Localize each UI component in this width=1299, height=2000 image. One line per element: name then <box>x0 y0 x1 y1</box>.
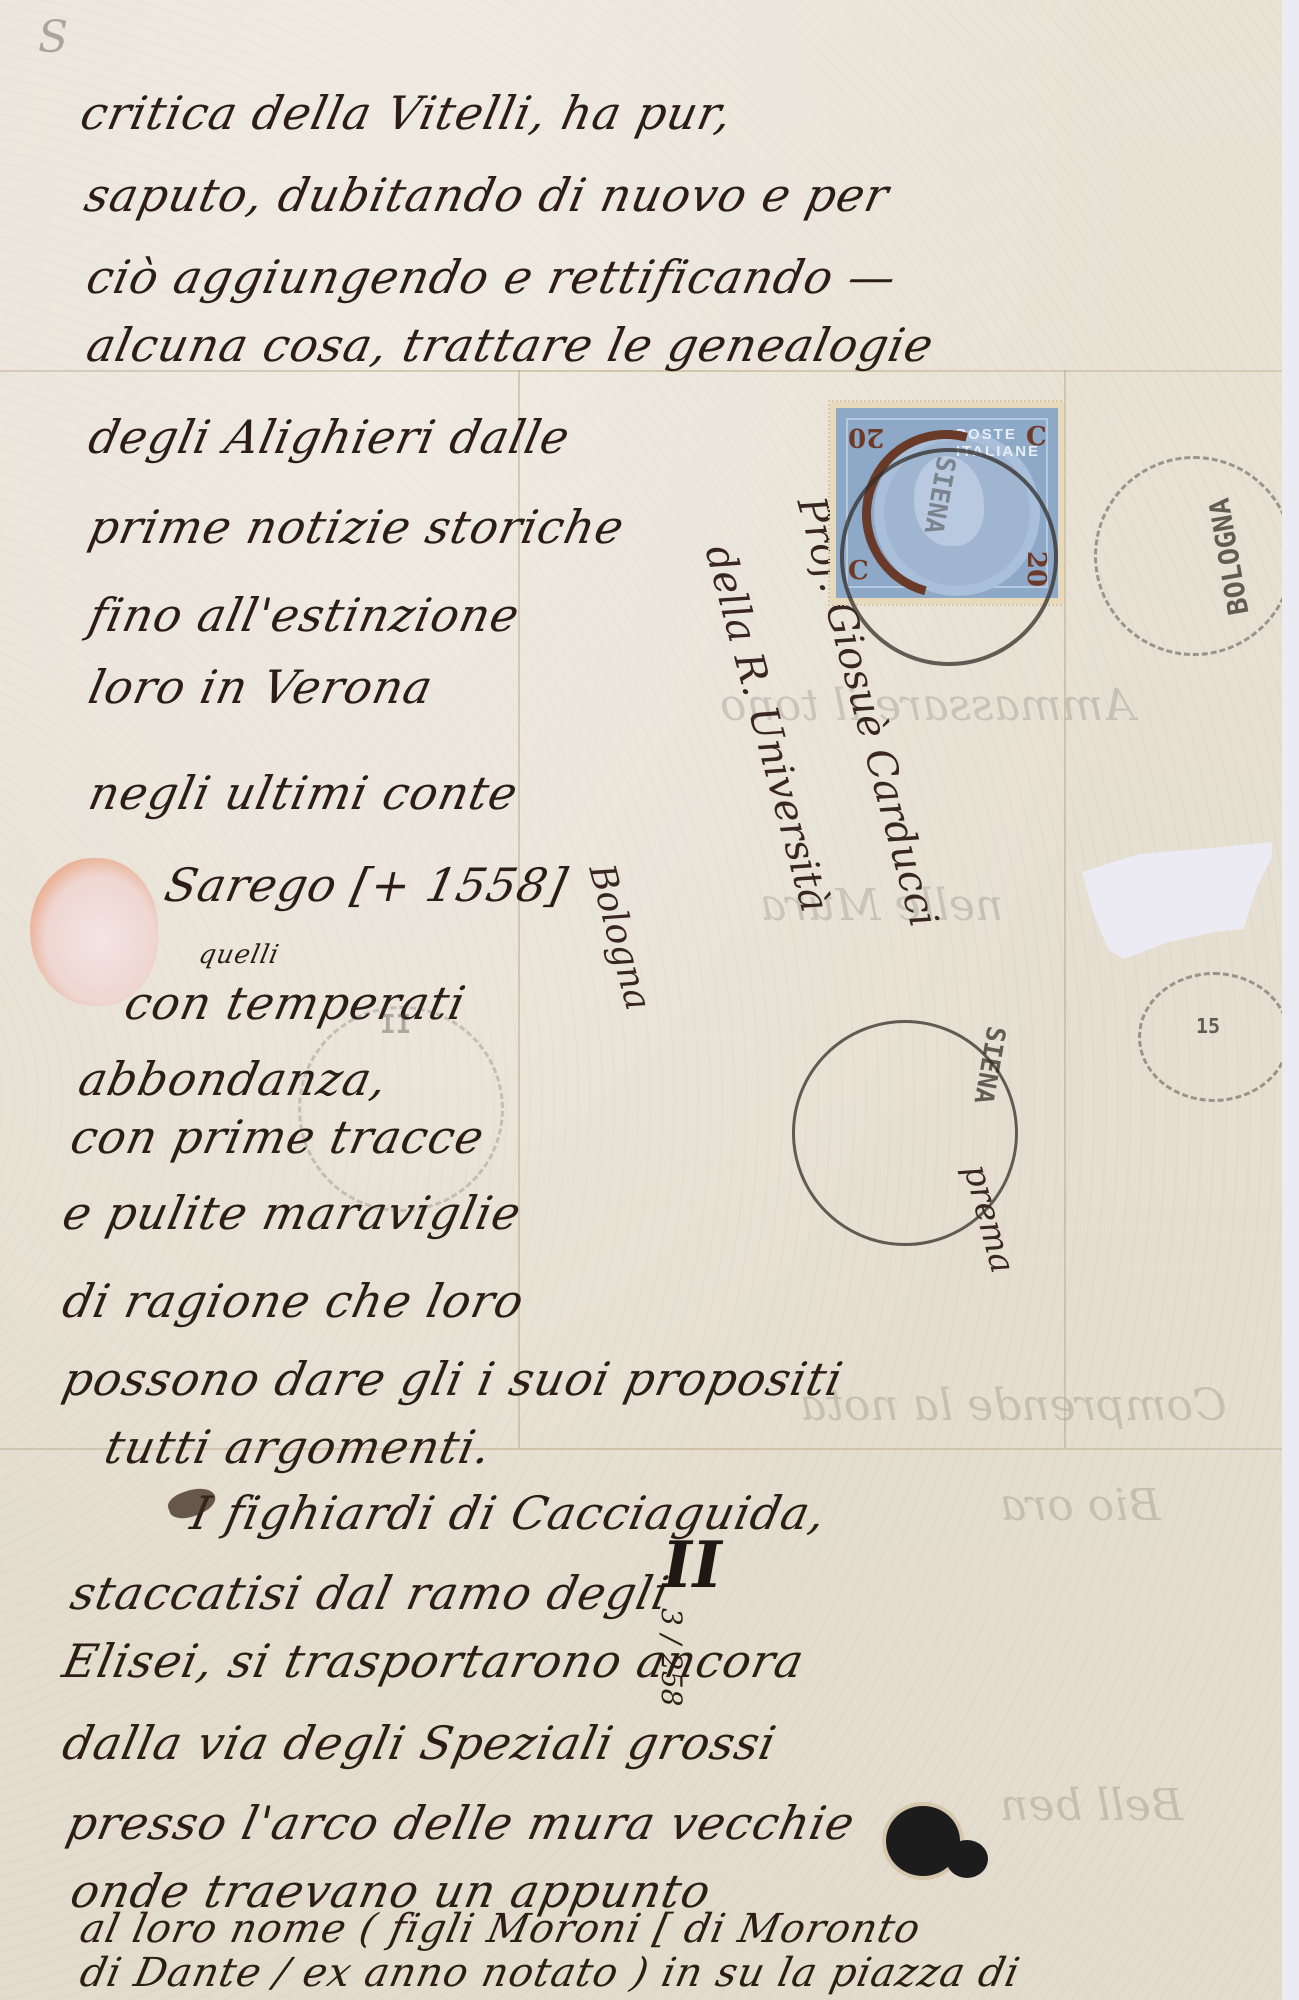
roman-numeral-mark: II <box>655 1528 728 1603</box>
fold-line-right <box>1064 370 1066 1448</box>
letter-line: negli ultimi conte <box>84 766 523 820</box>
letter-line: I fighiardi di Cacciaguida, <box>186 1486 831 1540</box>
faint-postmark-center-text: II <box>380 1010 411 1040</box>
letter-line: di ragione che loro <box>58 1274 529 1328</box>
red-wax-seal-remnant <box>30 858 158 1006</box>
bleed-through-text: Bio ora <box>1000 1480 1161 1531</box>
ink-blot-tail <box>946 1840 988 1878</box>
archival-shelfmark: 3 / 258 <box>655 1608 688 1707</box>
letter-line: dalla via degli Speziali grossi <box>58 1716 781 1770</box>
letter-line: Elisei, si trasportarono ancora <box>58 1634 809 1688</box>
letter-sheet: S Ammassare il tono nelle Mura Comprende… <box>0 0 1284 2000</box>
corner-mark: S <box>38 12 68 63</box>
letter-line: di Dante / ex anno notato ) in su la pia… <box>76 1950 1024 1996</box>
letter-line: degli Alighieri dalle <box>84 410 575 464</box>
address-line-city: Bologna <box>580 860 658 1015</box>
letter-line: fino all'estinzione <box>84 588 525 642</box>
bologna-postmark <box>1094 456 1294 656</box>
letter-line: al loro nome ( figli Moroni [ di Moronto <box>76 1906 925 1952</box>
scan-background-edge <box>1282 0 1299 2000</box>
interlinear-note: quelli <box>196 940 282 970</box>
stamp-value-top-left: 20 <box>848 422 884 452</box>
stamp-letter-top-right: C <box>1026 422 1047 452</box>
faint-postmark-right-text: 15 <box>1196 1014 1220 1038</box>
letter-line: Sarego [+ 1558] <box>160 858 573 912</box>
letter-line: prime notizie storiche <box>84 500 630 554</box>
letter-line: staccatisi dal ramo degli <box>66 1566 674 1620</box>
letter-line: possono dare gli i suoi propositi <box>58 1352 848 1406</box>
letter-line: presso l'arco delle mura vecchie <box>62 1796 860 1850</box>
letter-line: saputo, dubitando di nuovo e per <box>80 168 894 222</box>
letter-line: tutti argomenti. <box>100 1420 497 1474</box>
letter-line: loro in Verona <box>84 660 438 714</box>
bleed-through-text: Bell ben <box>1000 1780 1183 1831</box>
paper-tear-hole <box>1082 842 1272 992</box>
letter-line: ciò aggiungendo e rettificando — <box>82 250 902 304</box>
letter-line: alcuna cosa, trattare le genealogie <box>82 318 939 372</box>
letter-line: critica della Vitelli, ha pur, <box>76 86 738 140</box>
bleed-through-text: Comprende la nota <box>800 1380 1227 1431</box>
